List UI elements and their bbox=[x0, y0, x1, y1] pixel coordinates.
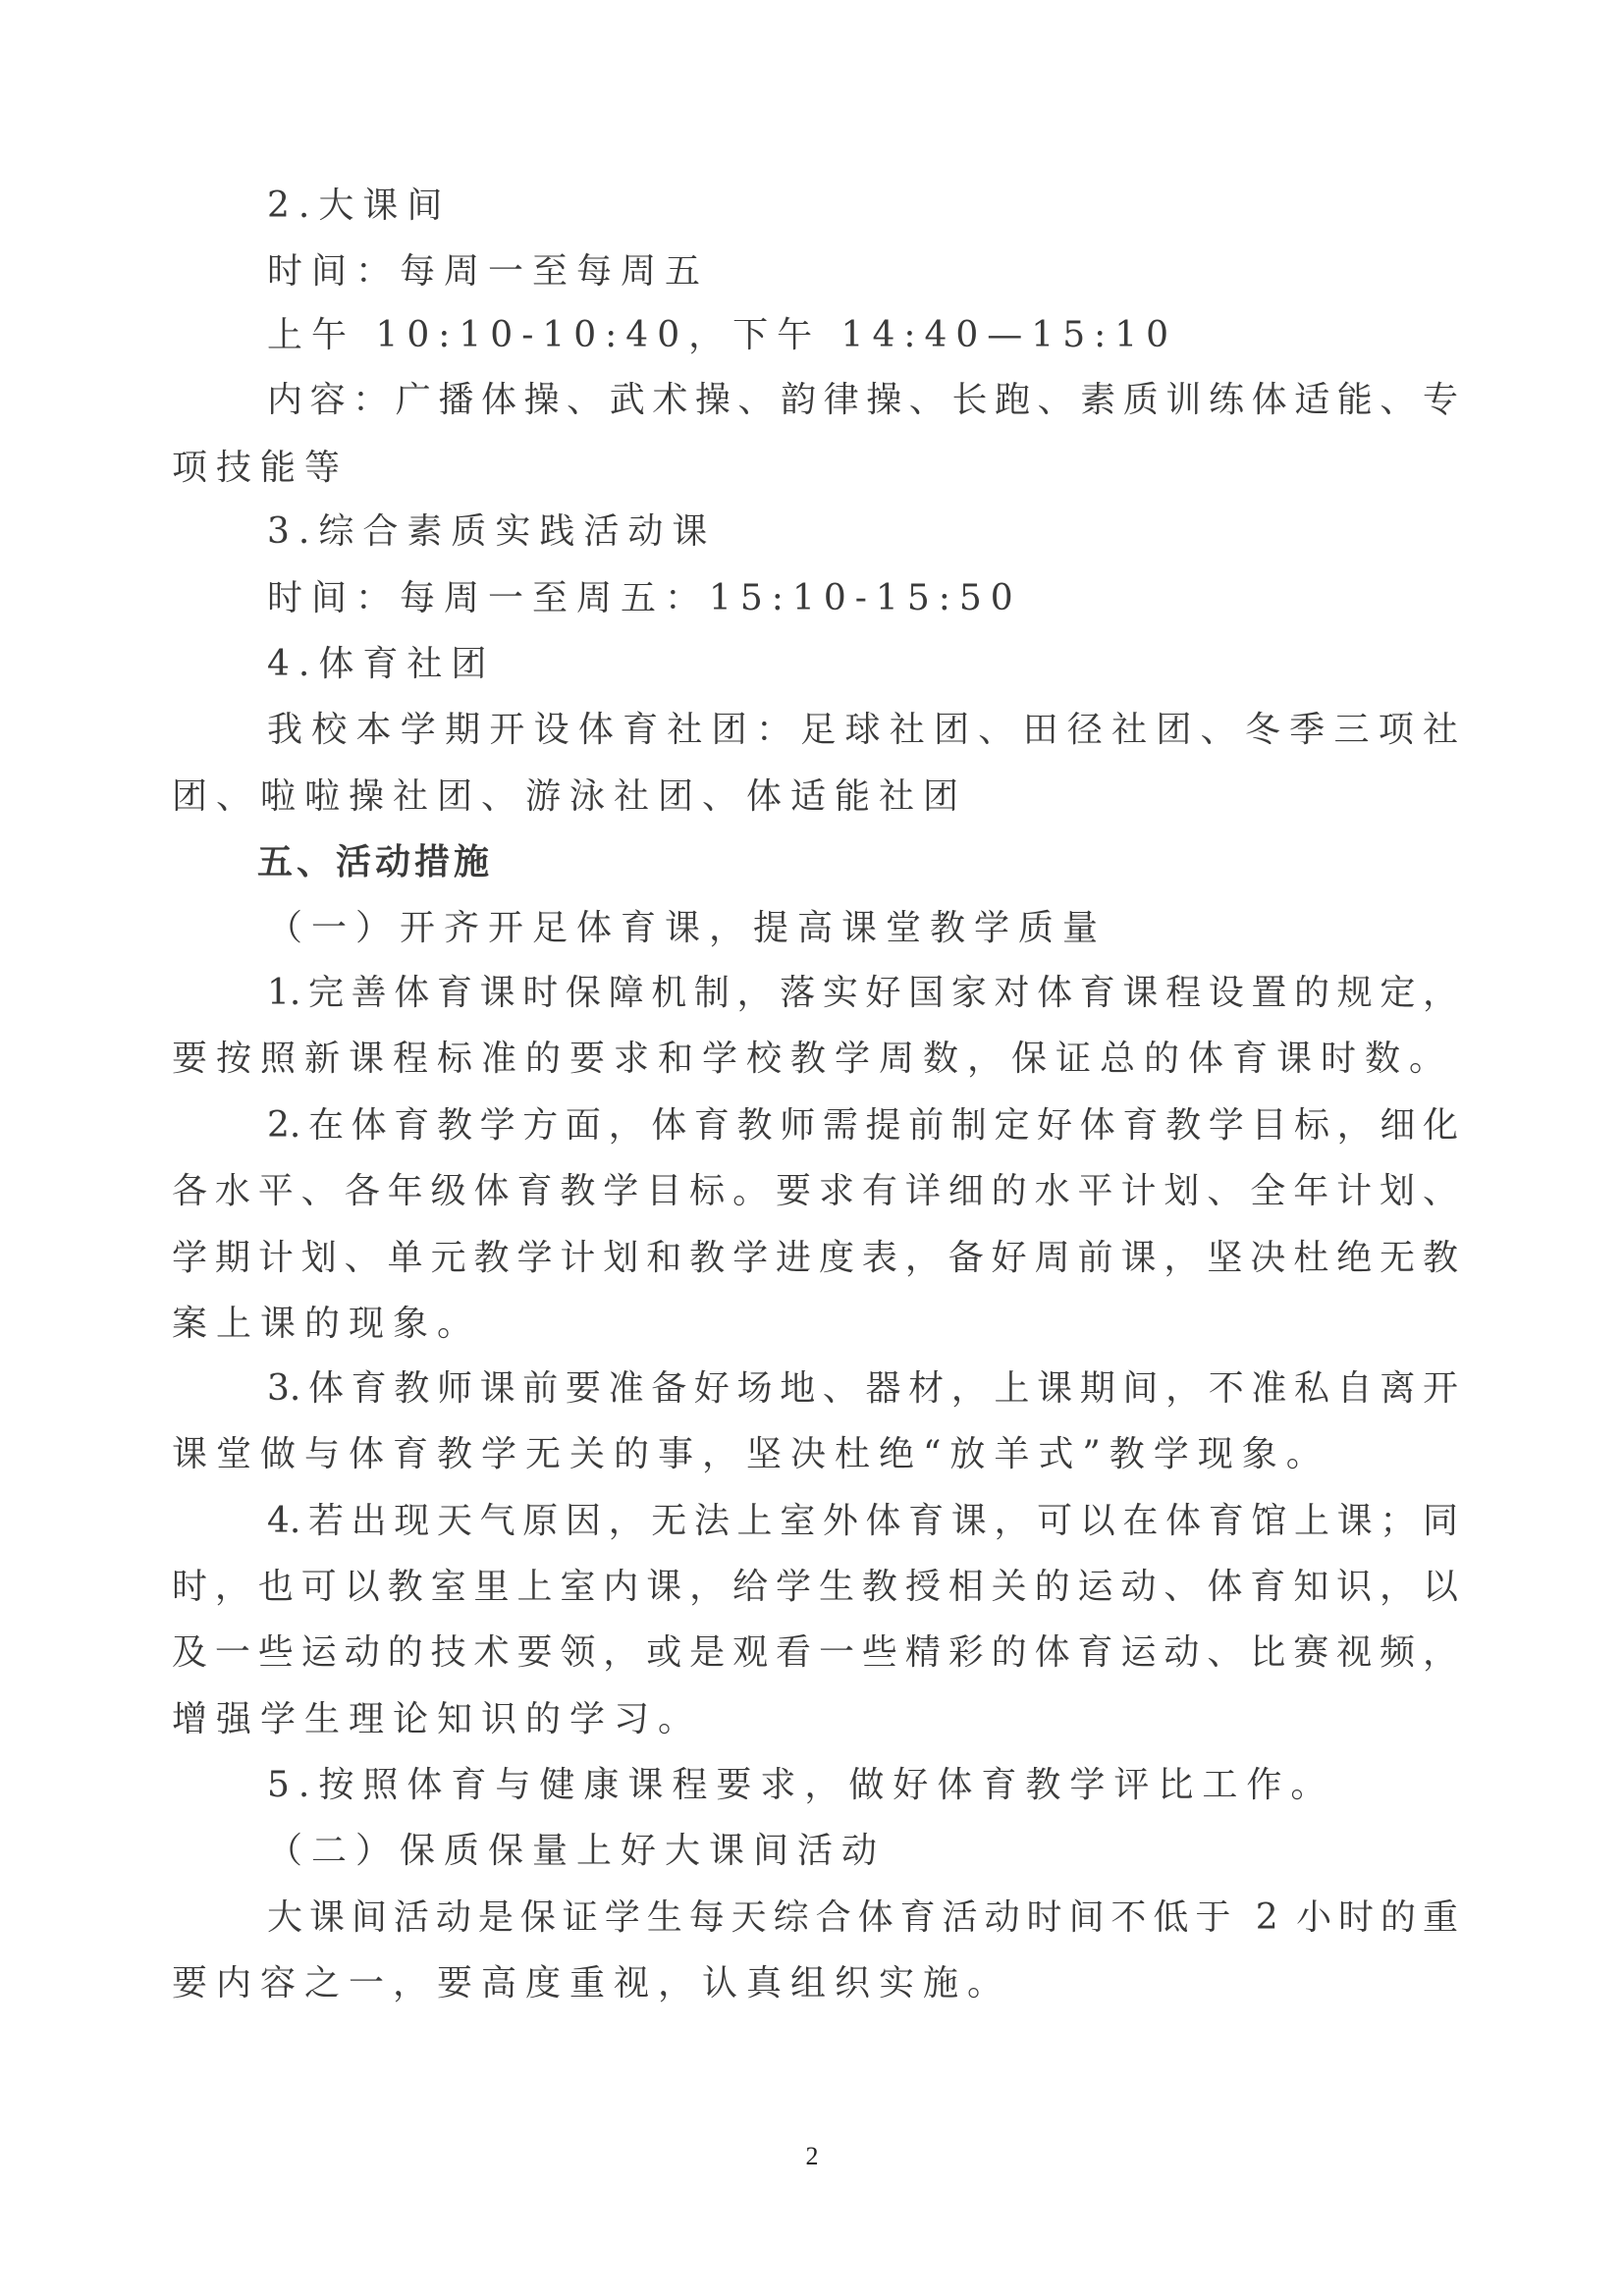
text-line: 2.在体育教学方面，体育教师需提前制定好体育教学目标，细化 bbox=[267, 1104, 1458, 1148]
text-line: 增强学生理论知识的学习。 bbox=[172, 1698, 1458, 1741]
text-line: 3.综合素质实践活动课 bbox=[267, 510, 1553, 554]
text-line: 要按照新课程标准的要求和学校教学周数，保证总的体育课时数。 bbox=[172, 1038, 1458, 1081]
text-line: 内容：广播体操、武术操、韵律操、长跑、素质训练体适能、专 bbox=[267, 379, 1458, 422]
text-line: 各水平、各年级体育教学目标。要求有详细的水平计划、全年计划、 bbox=[172, 1170, 1458, 1213]
text-line: 及一些运动的技术要领，或是观看一些精彩的体育运动、比赛视频， bbox=[172, 1631, 1458, 1675]
text-line: 5.按照体育与健康课程要求，做好体育教学评比工作。 bbox=[267, 1764, 1553, 1807]
text-line: 时，也可以教室里上室内课，给学生教授相关的运动、体育知识，以 bbox=[172, 1566, 1458, 1609]
text-line: 大课间活动是保证学生每天综合体育活动时间不低于 2 小时的重 bbox=[267, 1896, 1458, 1940]
text-line: 上午 10:10-10:40，下午 14:40—15:10 bbox=[267, 314, 1553, 357]
text-line: （二）保质保量上好大课间活动 bbox=[267, 1830, 1553, 1873]
text-line: 学期计划、单元教学计划和教学进度表，备好周前课，坚决杜绝无教 bbox=[172, 1237, 1458, 1280]
text-line: 课堂做与体育教学无关的事，坚决杜绝“放羊式”教学现象。 bbox=[172, 1433, 1458, 1476]
text-line: （一）开齐开足体育课，提高课堂教学质量 bbox=[267, 907, 1553, 950]
text-line: 时间：每周一至每周五 bbox=[267, 250, 1553, 294]
text-line: 我校本学期开设体育社团：足球社团、田径社团、冬季三项社 bbox=[267, 709, 1458, 752]
page-number: 2 bbox=[0, 2142, 1624, 2171]
text-line: 3.体育教师课前要准备好场地、器材，上课期间，不准私自离开 bbox=[267, 1367, 1458, 1411]
text-line: 要内容之一，要高度重视，认真组织实施。 bbox=[172, 1962, 1458, 2005]
text-line: 项技能等 bbox=[172, 447, 1458, 490]
text-line: 团、啦啦操社团、游泳社团、体适能社团 bbox=[172, 775, 1458, 819]
text-line: 1.完善体育课时保障机制，落实好国家对体育课程设置的规定， bbox=[267, 972, 1458, 1015]
section-heading: 五、活动措施 bbox=[257, 841, 1543, 884]
text-line: 2.大课间 bbox=[267, 185, 1553, 228]
document-page: 2.大课间时间：每周一至每周五上午 10:10-10:40，下午 14:40—1… bbox=[0, 0, 1624, 2296]
text-line: 案上课的现象。 bbox=[172, 1303, 1458, 1346]
text-line: 4.若出现天气原因，无法上室外体育课，可以在体育馆上课；同 bbox=[267, 1500, 1458, 1543]
text-line: 时间：每周一至周五：15:10-15:50 bbox=[267, 577, 1553, 620]
text-line: 4.体育社团 bbox=[267, 643, 1553, 686]
